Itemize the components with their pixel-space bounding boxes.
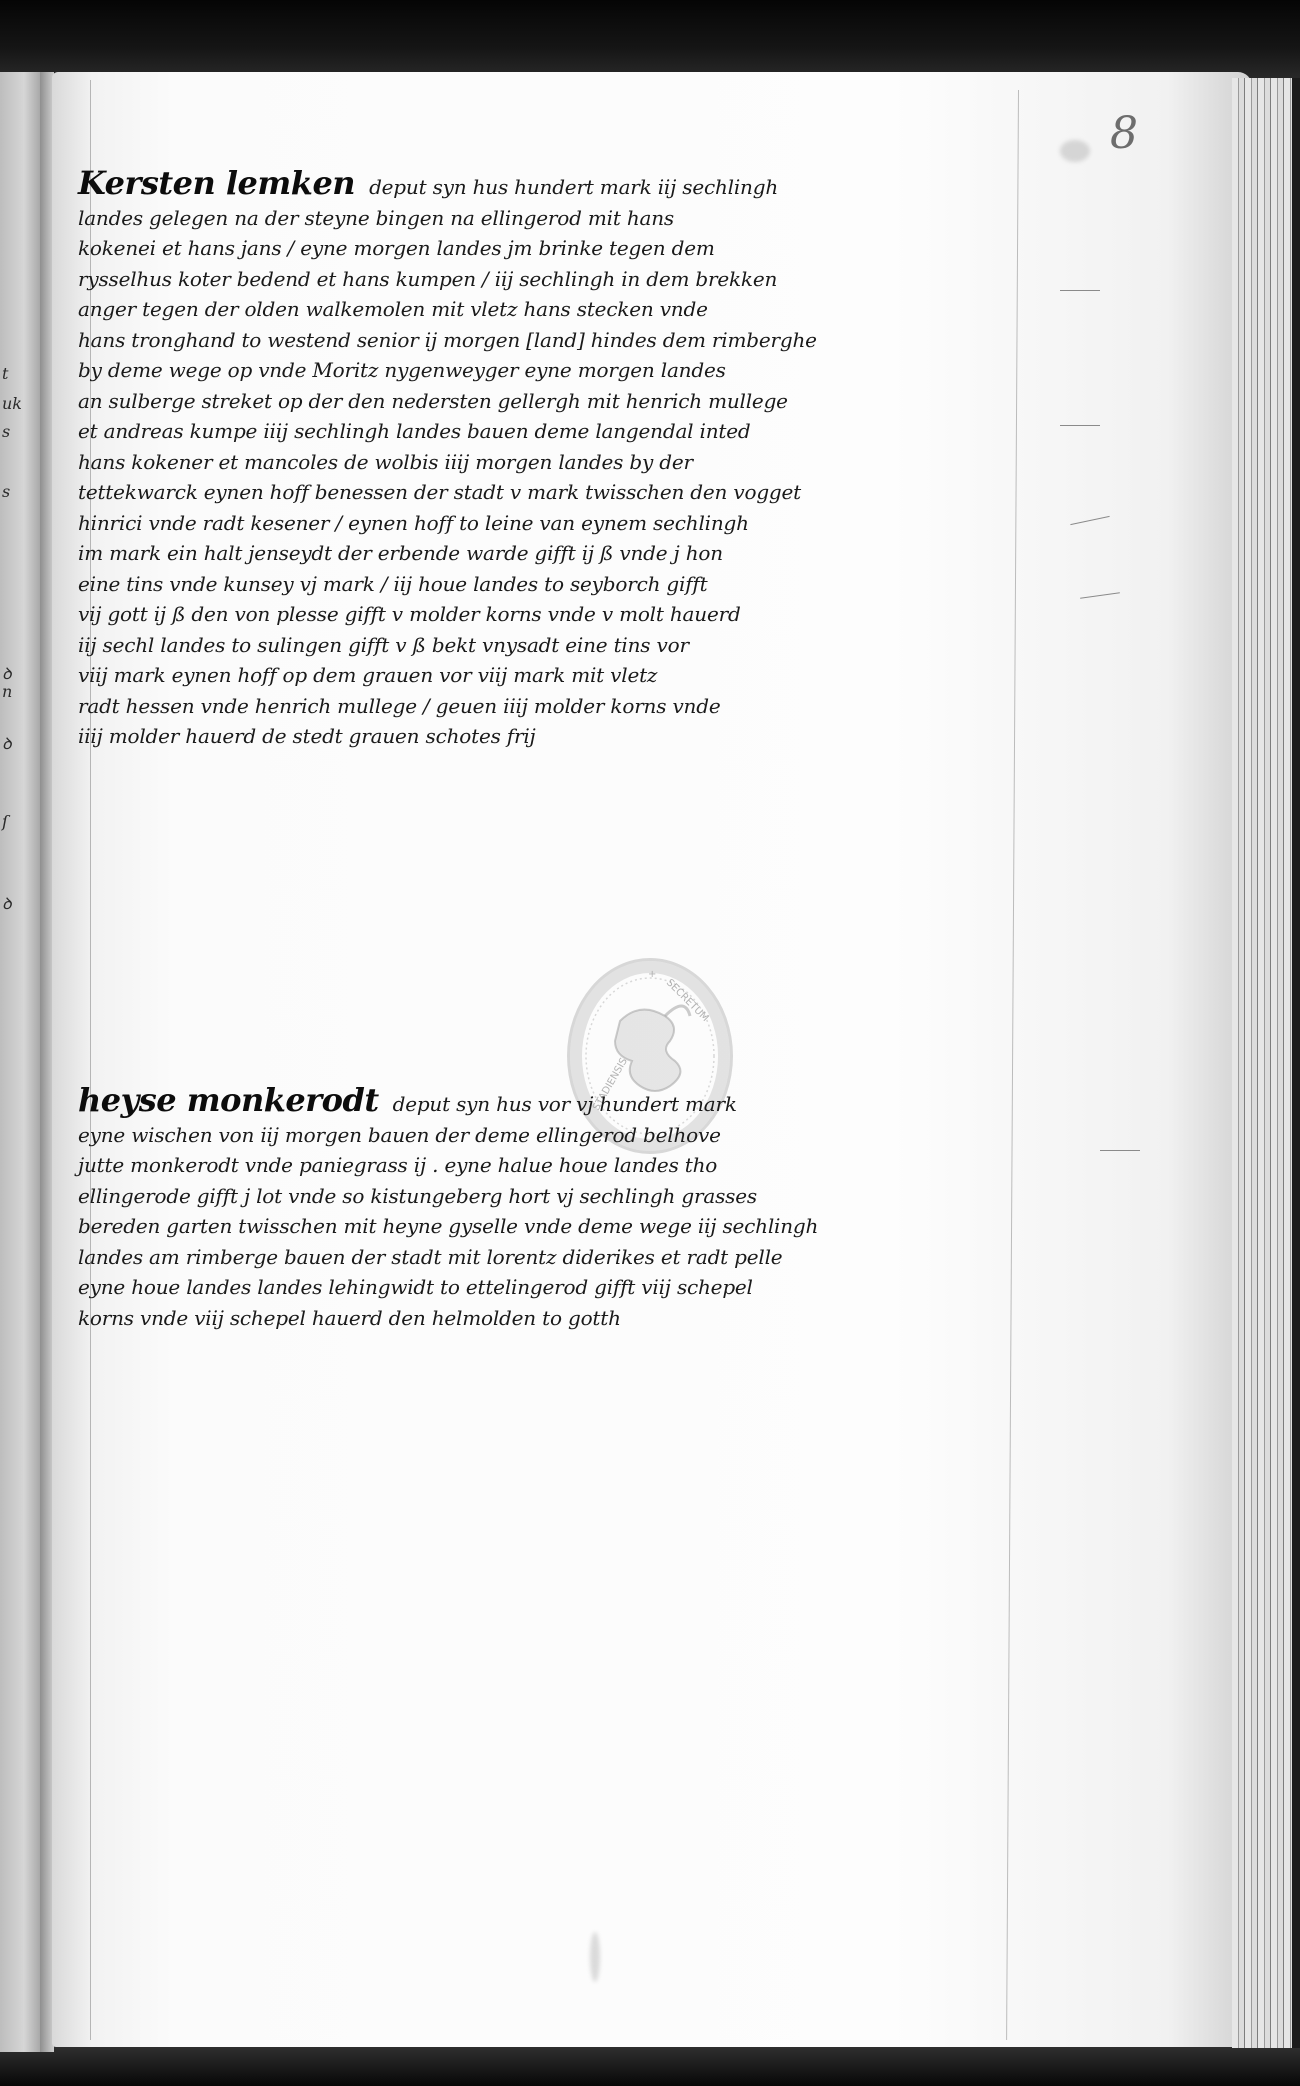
facing-page-fragment: s [2,482,10,501]
facing-page-fragment: s [2,422,10,441]
entry-text: deput syn hus vor vj hundert mark [393,1092,737,1116]
facing-page-fragment: ꝺ [2,892,12,914]
entry-name: Kersten lemken [78,164,355,202]
entry-text: deput syn hus hundert mark iij sechlingh [369,175,778,199]
entry-line: heyse monkerodtdeput syn hus vor vj hund… [78,1085,1078,1120]
facing-page-fragment: uk [2,394,22,413]
entry-line: bereden garten twisschen mit heyne gysel… [78,1211,1078,1242]
entry-line: an sulberge streket op der den nedersten… [78,386,1078,417]
folio-number: 8 [1110,108,1138,159]
entry-line: iiij molder hauerd de stedt grauen schot… [78,721,1078,752]
entry-line: et andreas kumpe iiij sechlingh landes b… [78,416,1078,447]
entry-line: im mark ein halt jenseydt der erbende wa… [78,538,1078,569]
ink-smudge [1060,140,1090,162]
facing-page-fragment: ꝺ [2,732,12,754]
entry-line: anger tegen der olden walkemolen mit vle… [78,294,1078,325]
entry-line: iij sechl landes to sulingen gifft v ß b… [78,630,1078,661]
entry-line: rysselhus koter bedend et hans kumpen / … [78,264,1078,295]
entry-line: landes am rimberge bauen der stadt mit l… [78,1242,1078,1273]
seal-legend-right: SECRETUM [664,977,711,1024]
entry-line: hans kokener et mancoles de wolbis iiij … [78,447,1078,478]
register-entry: heyse monkerodtdeput syn hus vor vj hund… [78,1085,1078,1333]
entry-line: ellingerode gifft j lot vnde so kistunge… [78,1181,1078,1212]
seal-cross: + [648,969,656,980]
entry-line: jutte monkerodt vnde paniegrass ij . eyn… [78,1150,1078,1181]
facing-page-fragment: ſ [2,812,8,831]
register-entry: Kersten lemkendeput syn hus hundert mark… [78,168,1078,752]
facing-page-fragment: ꝺ [2,662,12,684]
entry-line: by deme wege op vnde Moritz nygenweyger … [78,355,1078,386]
margin-tick-mark [1100,1150,1140,1151]
entry-line: kokenei et hans jans / eyne morgen lande… [78,233,1078,264]
entry-line: Kersten lemkendeput syn hus hundert mark… [78,168,1078,203]
scanner-background-top [0,0,1300,80]
facing-page-fragment: t [2,364,8,383]
entry-line: eyne houe landes landes lehingwidt to et… [78,1272,1078,1303]
entry-line: eine tins vnde kunsey vj mark / iij houe… [78,569,1078,600]
entry-name: heyse monkerodt [78,1081,379,1119]
entry-line: radt hessen vnde henrich mullege / geuen… [78,691,1078,722]
entry-line: landes gelegen na der steyne bingen na e… [78,203,1078,234]
facing-page-edge: t uk s s ꝺ n ꝺ ſ ꝺ [0,72,40,2052]
entry-line: tettekwarck eynen hoff benessen der stad… [78,477,1078,508]
ink-smudge [590,1932,600,1982]
entry-line: hans tronghand to westend senior ij morg… [78,325,1078,356]
entry-line: korns vnde viij schepel hauerd den helmo… [78,1303,1078,1334]
page-stack-edge [1232,78,1300,2048]
entry-line: viij mark eynen hoff op dem grauen vor v… [78,660,1078,691]
entry-line: hinrici vnde radt kesener / eynen hoff t… [78,508,1078,539]
facing-page-fragment: n [2,682,12,701]
entry-line: vij gott ij ß den von plesse gifft v mol… [78,599,1078,630]
entry-line: eyne wischen von iij morgen bauen der de… [78,1120,1078,1151]
manuscript-scan: t uk s s ꝺ n ꝺ ſ ꝺ 8 Kersten lemkendeput… [0,0,1300,2086]
